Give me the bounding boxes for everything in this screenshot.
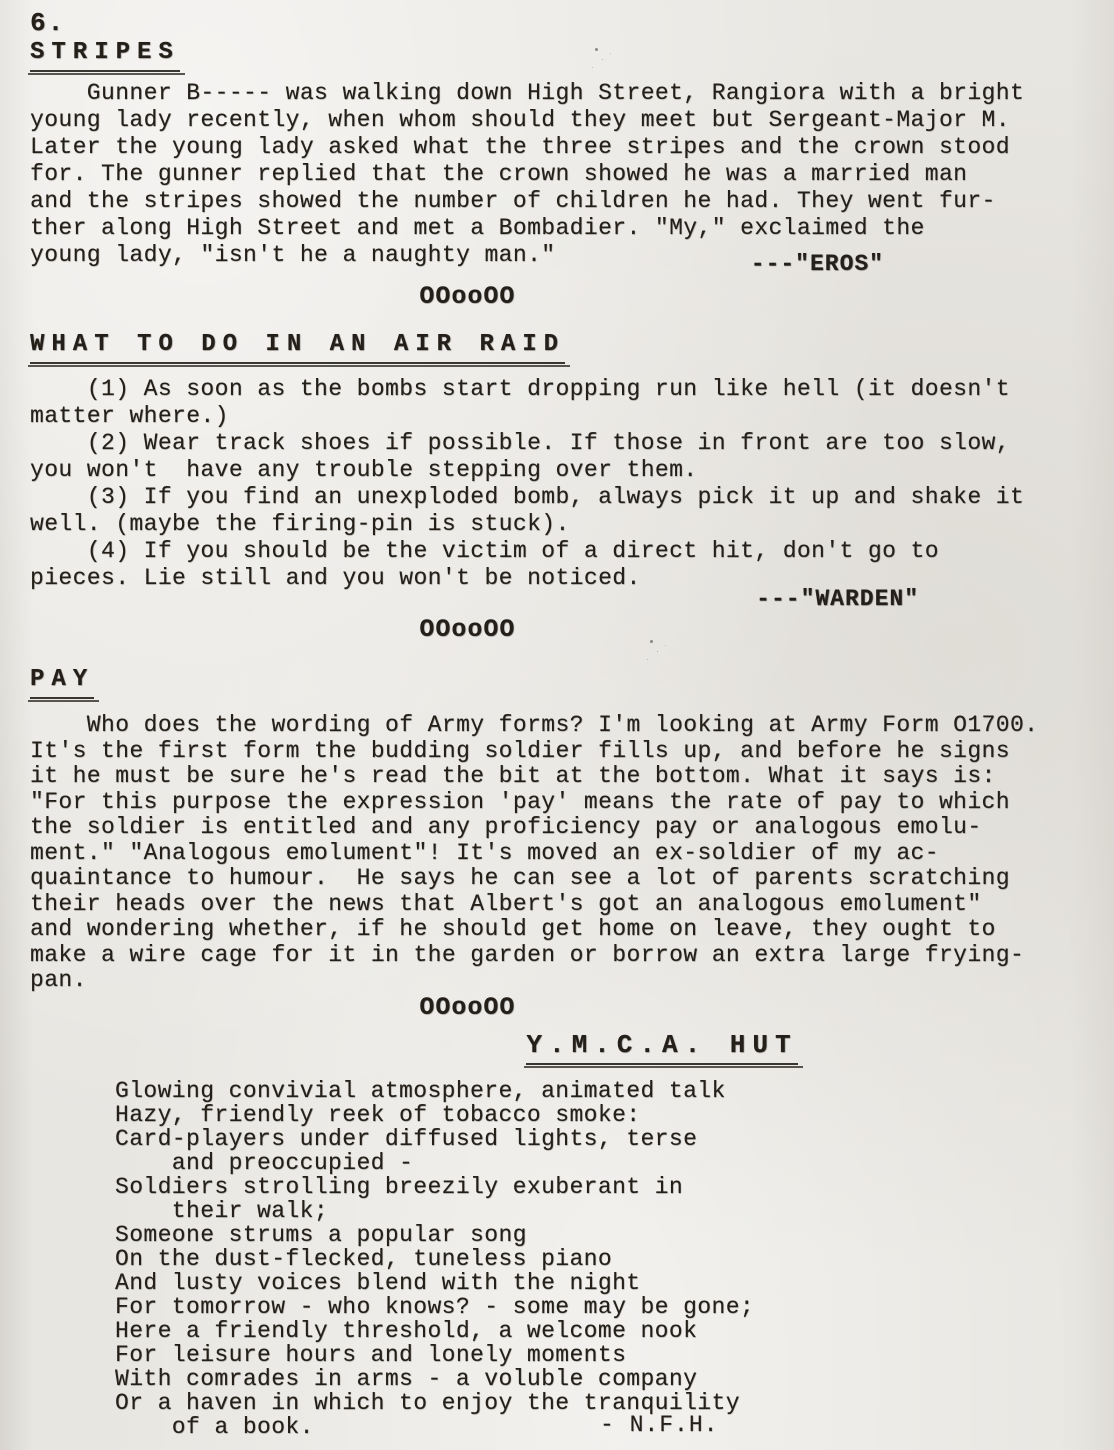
text-line: Here a friendly threshold, a welcome noo…: [115, 1319, 1084, 1343]
page-number: 6.: [30, 10, 1084, 36]
text-line: And lusty voices blend with the night: [115, 1271, 1084, 1295]
section-stripes: STRIPES Gunner B----- was walking down H…: [30, 38, 1084, 277]
text-line: ther along High Street and met a Bombadi…: [30, 215, 1084, 242]
text-line: the soldier is entitled and any proficie…: [30, 815, 1084, 841]
section-pay: PAY Who does the wording of Army forms? …: [30, 665, 1084, 994]
text-line: it he must be sure he's read the bit at …: [30, 764, 1084, 790]
text-line: Gunner B----- was walking down High Stre…: [30, 80, 1084, 107]
text-line: On the dust-flecked, tuneless piano: [115, 1247, 1084, 1271]
text-line: you won't have any trouble stepping over…: [30, 457, 1084, 484]
section-divider: OOooOO: [30, 283, 905, 310]
text-line: "For this purpose the expression 'pay' m…: [30, 790, 1084, 816]
text-line: For leisure hours and lonely moments: [115, 1343, 1084, 1367]
text-line: make a wire cage for it in the garden or…: [30, 943, 1084, 969]
text-line: their heads over the news that Albert's …: [30, 892, 1084, 918]
text-line: (1) As soon as the bombs start dropping …: [30, 376, 1084, 403]
poem-signature: - N.F.H.: [600, 1412, 718, 1438]
poem-ymca-hut: - N.F.H. Glowing convivial atmosphere, a…: [115, 1079, 1084, 1439]
text-line: and wondering whether, if he should get …: [30, 917, 1084, 943]
section-air-raid: WHAT TO DO IN AN AIR RAID (1) As soon as…: [30, 330, 1084, 612]
text-line: for. The gunner replied that the crown s…: [30, 161, 1084, 188]
section-heading: STRIPES: [30, 38, 1084, 72]
section-divider: OOooOO: [30, 994, 905, 1021]
text-line: (3) If you find an unexploded bomb, alwa…: [30, 484, 1084, 511]
text-line: Glowing convivial atmosphere, animated t…: [115, 1079, 1084, 1103]
text-line: Soldiers strolling breezily exuberant in: [115, 1175, 1084, 1199]
text-line: ment." "Analogous emolument"! It's moved…: [30, 841, 1084, 867]
text-line: It's the first form the budding soldier …: [30, 739, 1084, 765]
section-title-ymca-hut: Y.M.C.A. HUT: [526, 1029, 797, 1065]
text-line: young lady recently, when whom should th…: [30, 107, 1084, 134]
section-heading: Y.M.C.A. HUT: [30, 1029, 1084, 1065]
section-title-pay: PAY: [30, 665, 94, 699]
section-divider: OOooOO: [30, 616, 905, 643]
ink-smudge: [650, 640, 653, 643]
text-line: (4) If you should be the victim of a dir…: [30, 538, 1084, 565]
ink-smudge: [595, 48, 598, 51]
section-heading: PAY: [30, 665, 1084, 699]
text-line: With comrades in arms - a voluble compan…: [115, 1367, 1084, 1391]
text-line: their walk;: [115, 1199, 1084, 1223]
text-line: Card-players under diffused lights, ters…: [115, 1127, 1084, 1151]
paragraph-pay: Who does the wording of Army forms? I'm …: [30, 713, 1084, 994]
section-heading: WHAT TO DO IN AN AIR RAID: [30, 330, 1084, 364]
text-line: well. (maybe the firing-pin is stuck).: [30, 511, 1084, 538]
text-line: Later the young lady asked what the thre…: [30, 134, 1084, 161]
section-ymca-hut: Y.M.C.A. HUT - N.F.H. Glowing convivial …: [30, 1029, 1084, 1439]
section-title-stripes: STRIPES: [30, 38, 180, 72]
text-line: For tomorrow - who knows? - some may be …: [115, 1295, 1084, 1319]
text-line: Who does the wording of Army forms? I'm …: [30, 713, 1084, 739]
section-title-air-raid: WHAT TO DO IN AN AIR RAID: [30, 330, 565, 364]
text-line: and preoccupied -: [115, 1151, 1084, 1175]
paragraph-air-raid: (1) As soon as the bombs start dropping …: [30, 376, 1084, 592]
text-line: Someone strums a popular song: [115, 1223, 1084, 1247]
paragraph-stripes: Gunner B----- was walking down High Stre…: [30, 80, 1084, 269]
text-line: Hazy, friendly reek of tobacco smoke:: [115, 1103, 1084, 1127]
text-line: quaintance to humour. He says he can see…: [30, 866, 1084, 892]
text-line: (2) Wear track shoes if possible. If tho…: [30, 430, 1084, 457]
typewritten-page: 6. STRIPES Gunner B----- was walking dow…: [0, 0, 1114, 1439]
text-line: pan.: [30, 968, 1084, 994]
text-line: matter where.): [30, 403, 1084, 430]
text-line: and the stripes showed the number of chi…: [30, 188, 1084, 215]
